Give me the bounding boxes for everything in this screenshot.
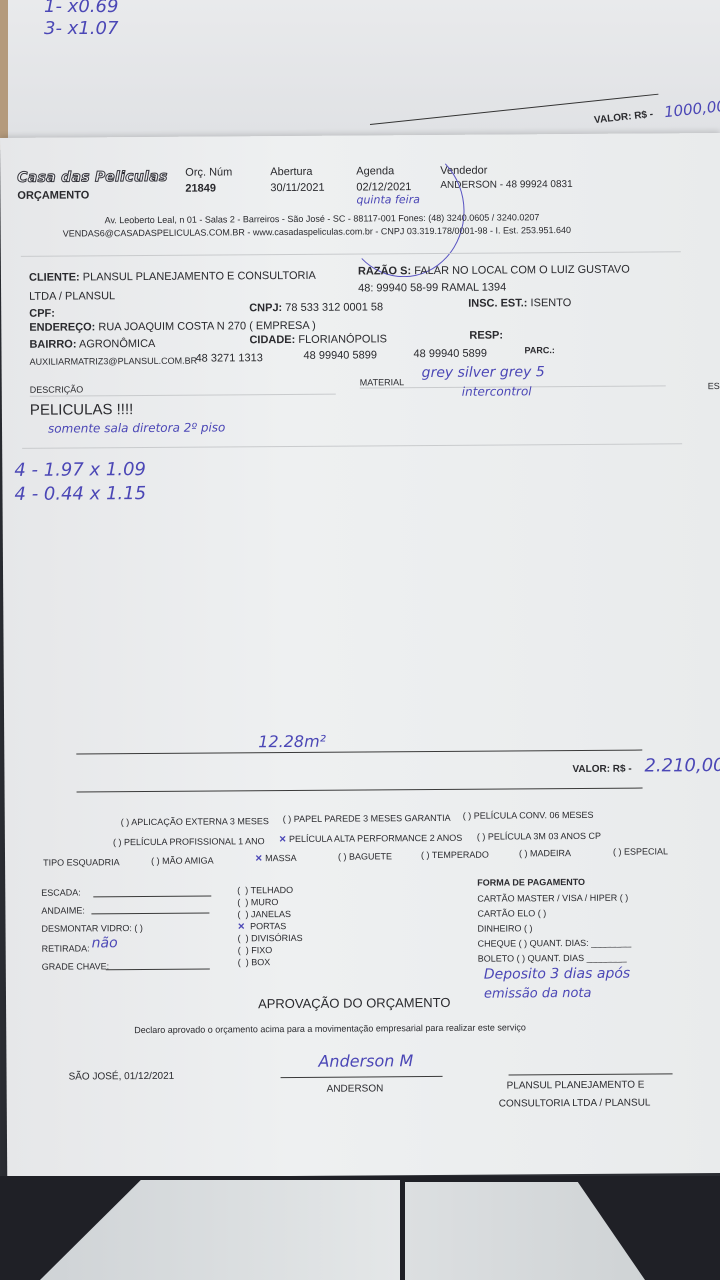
cliente-field: CLIENTE: PLANSUL PLANEJAMENTO E CONSULTO… [29,270,316,284]
esq-baguete[interactable]: ( ) BAGUETE [338,851,392,861]
resp-label: RESP: [469,329,503,341]
esq-madeira[interactable]: ( ) MADEIRA [519,848,571,858]
opt-pelicula-alta-performance[interactable]: ✕ PELÍCULA ALTA PERFORMANCE 2 ANOS [279,833,462,845]
description-divider [22,443,682,449]
esq-especial[interactable]: ( ) ESPECIAL [613,846,668,856]
endereco-field: ENDEREÇO: RUA JOAQUIM COSTA N 270 ( EMPR… [29,320,316,334]
valor-label: VALOR: R$ - [572,764,631,775]
local-portas[interactable]: ✕ PORTAS [237,920,302,932]
payment-title: FORMA DE PAGAMENTO [477,877,585,888]
approval-title: APROVAÇÃO DO ORÇAMENTO [258,995,450,1011]
opt-pelicula-profissional[interactable]: ( ) PELÍCULA PROFISSIONAL 1 ANO [113,836,265,847]
pay-dinheiro[interactable]: DINHEIRO ( ) [477,921,631,937]
cpf-label: CPF: [29,308,55,320]
measurement-2: 4 - 0.44 x 1.15 [14,483,146,505]
parc-label: PARC.: [524,345,554,355]
area-total: 12.28m² [258,732,326,751]
razao-field: RAZÃO S: FALAR NO LOCAL COM O LUIZ GUSTA… [358,264,630,278]
seller-sign-line [281,1076,443,1078]
side-label: ES [708,381,720,391]
payment-note-2: emissão da nota [484,986,592,1002]
place-date: SÃO JOSÉ, 01/12/2021 [69,1071,175,1083]
check-x-icon: ✕ [279,834,287,844]
pay-cheque[interactable]: CHEQUE ( ) QUANT. DIAS: ________ [478,936,632,952]
company-address: Av. Leoberto Leal, n 01 - Salas 2 - Barr… [105,212,540,225]
opt-aplicacao-externa[interactable]: ( ) APLICAÇÃO EXTERNA 3 MESES [121,816,269,827]
material-note-1: grey silver grey 5 [422,364,545,381]
material-note-2: intercontrol [462,384,532,398]
client-sign-line[interactable] [509,1073,673,1075]
valor-line [77,788,643,793]
prev-valor-label: VALOR: R$ - [594,109,654,126]
local-fixo[interactable]: ( ) FIXO [238,944,303,956]
razao-line2: 48: 99940 58-99 RAMAL 1394 [358,281,506,294]
grade-chave-line[interactable] [106,969,210,971]
pay-cartao-elo[interactable]: CARTÃO ELO ( ) [477,906,631,922]
descricao-label: DESCRIÇÃO [30,384,84,394]
escada-line[interactable] [93,896,211,898]
seller-signature[interactable]: Anderson M [318,1051,413,1071]
prev-valor-value: 1000,00 [663,97,720,121]
pay-boleto[interactable]: BOLETO ( ) QUANT. DIAS ________ [478,951,632,967]
client-email: AUXILIARMATRIZ3@PLANSUL.COM.BR [30,356,198,367]
prev-handwritten-2: 3- x1.07 [44,18,118,39]
cnpj-field: CNPJ: 78 533 312 0001 58 [249,301,383,314]
retirada-value: não [92,935,118,951]
client-phone-3: 48 99940 5899 [413,348,487,361]
client-sign-name-2: CONSULTORIA LTDA / PLANSUL [499,1097,651,1109]
retirada-label: RETIRADA: [42,943,90,953]
andaime-line[interactable] [91,913,209,915]
local-telhado[interactable]: ( ) TELHADO [237,884,302,896]
local-divisorias[interactable]: ( ) DIVISÓRIAS [238,932,303,944]
quote-sheet: Casa das Peliculas ORÇAMENTO Orç. Núm 21… [0,133,720,1178]
company-contact: VENDAS6@CASADASPELICULAS.COM.BR - www.ca… [63,225,571,239]
local-janelas[interactable]: ( ) JANELAS [237,908,302,920]
opt-papel-parede[interactable]: ( ) PAPEL PAREDE 3 MESES GARANTIA [283,813,451,824]
cidade-field: CIDADE: FLORIANÓPOLIS [249,333,387,346]
description-title: PELICULAS !!!! [30,401,133,419]
material-label: MATERIAL [360,377,404,387]
andaime-label: ANDAIME: [41,905,85,915]
payment-note-1: Deposito 3 dias após [484,966,630,983]
abertura-label: Abertura [270,166,312,178]
prev-handwritten-1: 1- x0.69 [44,0,118,17]
local-box[interactable]: ( ) BOX [238,956,303,968]
doc-type: ORÇAMENTO [17,189,89,202]
client-phone-1: 48 3271 1313 [196,352,263,364]
esq-massa[interactable]: ✕ MASSA [255,853,297,864]
esq-temperado[interactable]: ( ) TEMPERADO [421,850,489,860]
cliente-line2: LTDA / PLANSUL [29,290,115,303]
esquadria-label: TIPO ESQUADRIA [43,857,120,868]
check-x-icon: ✕ [255,853,263,863]
valor-total: 2.210,00 [644,755,720,777]
desmontar-label[interactable]: DESMONTAR VIDRO: ( ) [41,923,142,934]
check-x-icon: ✕ [237,921,245,931]
opt-pelicula-3m[interactable]: ( ) PELÍCULA 3M 03 ANOS CP [477,831,601,842]
opt-pelicula-conv[interactable]: ( ) PELÍCULA CONV. 06 MESES [463,810,594,821]
client-phone-2: 48 99940 5899 [303,349,377,362]
insc-field: INSC. EST.: ISENTO [468,297,571,310]
local-muro[interactable]: ( ) MURO [237,896,302,908]
grade-chave-label: GRADE CHAVE: [42,961,109,971]
header-divider [21,251,681,257]
escada-label: ESCADA: [41,887,81,897]
abertura-date: 30/11/2021 [270,182,324,194]
description-note: somente sala diretora 2º piso [48,420,225,435]
bairro-field: BAIRRO: AGRONÔMICA [29,338,155,351]
seller-name: ANDERSON [327,1083,384,1094]
company-logo: Casa das Peliculas [17,169,167,186]
pay-cartao-master[interactable]: CARTÃO MASTER / VISA / HIPER ( ) [477,891,631,907]
orc-num-label: Orç. Núm [185,166,232,178]
locais-list: ( ) TELHADO ( ) MURO ( ) JANELAS ✕ PORTA… [237,884,303,968]
esq-mao-amiga[interactable]: ( ) MÃO AMIGA [151,856,214,866]
handwritten-circle [342,145,465,278]
orc-num: 21849 [185,182,216,194]
client-sign-name-1: PLANSUL PLANEJAMENTO E [507,1080,645,1092]
sheet-edge [0,0,8,150]
previous-sheet: 1- x0.69 3- x1.07 VALOR: R$ - 1000,00 [0,0,720,150]
area-line [76,750,642,755]
payment-list: CARTÃO MASTER / VISA / HIPER ( ) CARTÃO … [477,891,631,967]
measurement-1: 4 - 1.97 x 1.09 [14,459,146,481]
approval-declaration: Declaro aprovado o orçamento acima para … [134,1022,526,1035]
